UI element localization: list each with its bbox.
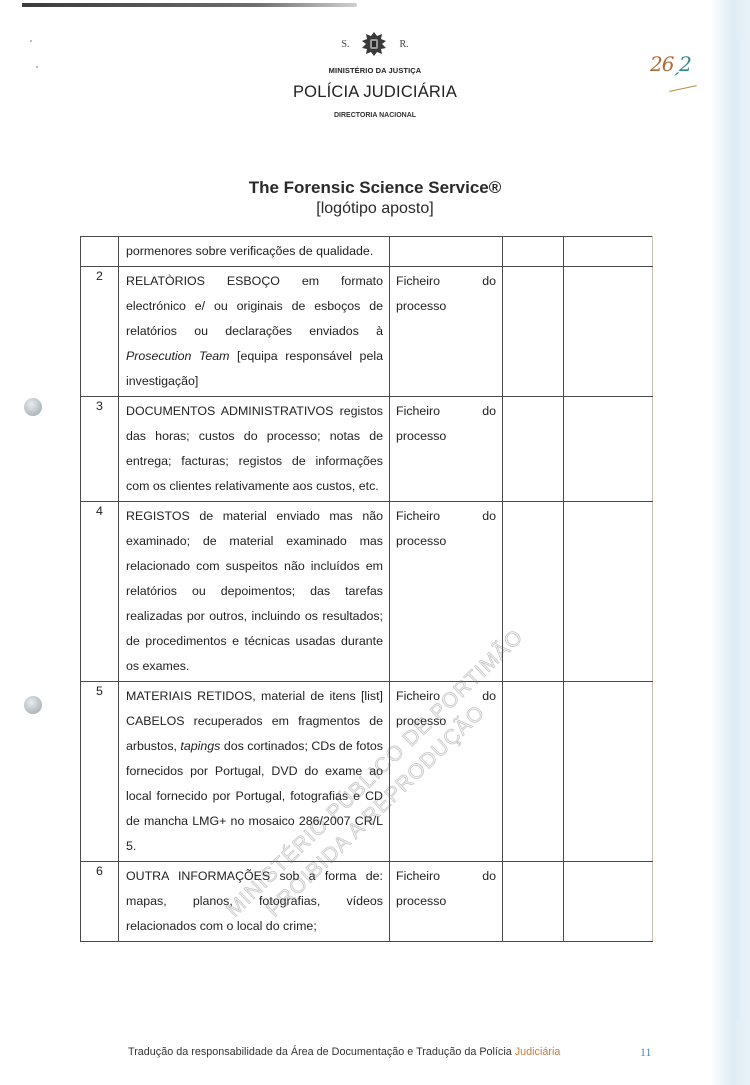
location-word: Ficheiro <box>396 269 440 294</box>
empty-cell <box>503 237 564 267</box>
scan-edge-bar <box>22 3 357 7</box>
location-line: Ficheirodo <box>396 269 496 294</box>
row-location: Ficheirodoprocesso <box>390 397 503 502</box>
row-number: 6 <box>81 862 119 942</box>
row-description: pormenores sobre verificações de qualida… <box>119 237 390 267</box>
agency-name: POLÍCIA JUDICIÁRIA <box>0 83 750 102</box>
row-location: Ficheirodoprocesso <box>390 267 503 397</box>
location-line: processo <box>396 294 496 319</box>
table-row: 6OUTRA INFORMAÇÕES sob a forma de: mapas… <box>81 862 653 942</box>
table-row: 4REGISTOS de material enviado mas não ex… <box>81 502 653 682</box>
table-row: 2RELATÒRIOS ESBOÇO em formato electrónic… <box>81 267 653 397</box>
location-line: Ficheirodo <box>396 504 496 529</box>
row-description: REGISTOS de material enviado mas não exa… <box>119 502 390 682</box>
emblem-right-letter: R. <box>399 39 408 50</box>
description-text: pormenores sobre verificações de qualida… <box>126 244 373 258</box>
location-line: Ficheirodo <box>396 864 496 889</box>
row-number: 2 <box>81 267 119 397</box>
empty-cell <box>503 862 564 942</box>
location-line: processo <box>396 424 496 449</box>
empty-cell <box>564 237 653 267</box>
ministry-name: MINISTÉRIO DA JUSTIÇA <box>0 66 750 75</box>
handwritten-tail: ˏ2 <box>673 52 690 76</box>
emblem-row: S. R. <box>0 28 750 60</box>
coat-of-arms-icon <box>361 31 387 57</box>
row-number <box>81 237 119 267</box>
punch-hole <box>24 398 42 416</box>
location-word: do <box>482 504 496 529</box>
page-number: 11 <box>640 1045 652 1060</box>
empty-cell <box>503 397 564 502</box>
footer-highlight: Judiciária <box>515 1046 561 1058</box>
description-text: RELATÒRIOS ESBOÇO em formato electrónico… <box>126 274 383 338</box>
description-text: Prosecution Team <box>126 349 230 363</box>
row-number: 4 <box>81 502 119 682</box>
description-text: tapings <box>180 739 220 753</box>
description-text: DOCUMENTOS ADMINISTRATIVOS registos das … <box>126 404 383 493</box>
handwritten-page-mark: 26ˏ2 <box>650 52 691 77</box>
location-word: Ficheiro <box>396 504 440 529</box>
punch-hole <box>24 696 42 714</box>
directorate-name: DIRECTORIA NACIONAL <box>0 112 750 119</box>
document-subtitle: [logótipo aposto] <box>0 200 750 218</box>
emblem-left-letter: S. <box>341 39 349 50</box>
row-number: 5 <box>81 682 119 862</box>
location-line: processo <box>396 889 496 914</box>
empty-cell <box>564 862 653 942</box>
table-row: pormenores sobre verificações de qualida… <box>81 237 653 267</box>
row-location: Ficheirodoprocesso <box>390 862 503 942</box>
footer-text: Tradução da responsabilidade da Área de … <box>128 1046 515 1058</box>
empty-cell <box>564 682 653 862</box>
table-row: 3DOCUMENTOS ADMINISTRATIVOS registos das… <box>81 397 653 502</box>
empty-cell <box>503 267 564 397</box>
row-description: RELATÒRIOS ESBOÇO em formato electrónico… <box>119 267 390 397</box>
row-description: DOCUMENTOS ADMINISTRATIVOS registos das … <box>119 397 390 502</box>
location-line: Ficheirodo <box>396 399 496 424</box>
scan-shadow <box>710 0 750 1085</box>
empty-cell <box>503 682 564 862</box>
location-word: do <box>482 864 496 889</box>
empty-cell <box>564 397 653 502</box>
letterhead: S. R. MINISTÉRIO DA JUSTIÇA POLÍCIA JUDI… <box>0 28 750 119</box>
location-word: do <box>482 269 496 294</box>
location-word: do <box>482 399 496 424</box>
row-number: 3 <box>81 397 119 502</box>
handwritten-digits: 26 <box>650 52 673 76</box>
location-word: do <box>482 684 496 709</box>
empty-cell <box>564 502 653 682</box>
footer-credit: Tradução da responsabilidade da Área de … <box>128 1046 560 1058</box>
row-location <box>390 237 503 267</box>
document-title: The Forensic Science Service® <box>0 178 750 198</box>
location-line: processo <box>396 529 496 554</box>
location-word: Ficheiro <box>396 864 440 889</box>
empty-cell <box>564 267 653 397</box>
location-word: Ficheiro <box>396 399 440 424</box>
description-text: REGISTOS de material enviado mas não exa… <box>126 509 383 673</box>
